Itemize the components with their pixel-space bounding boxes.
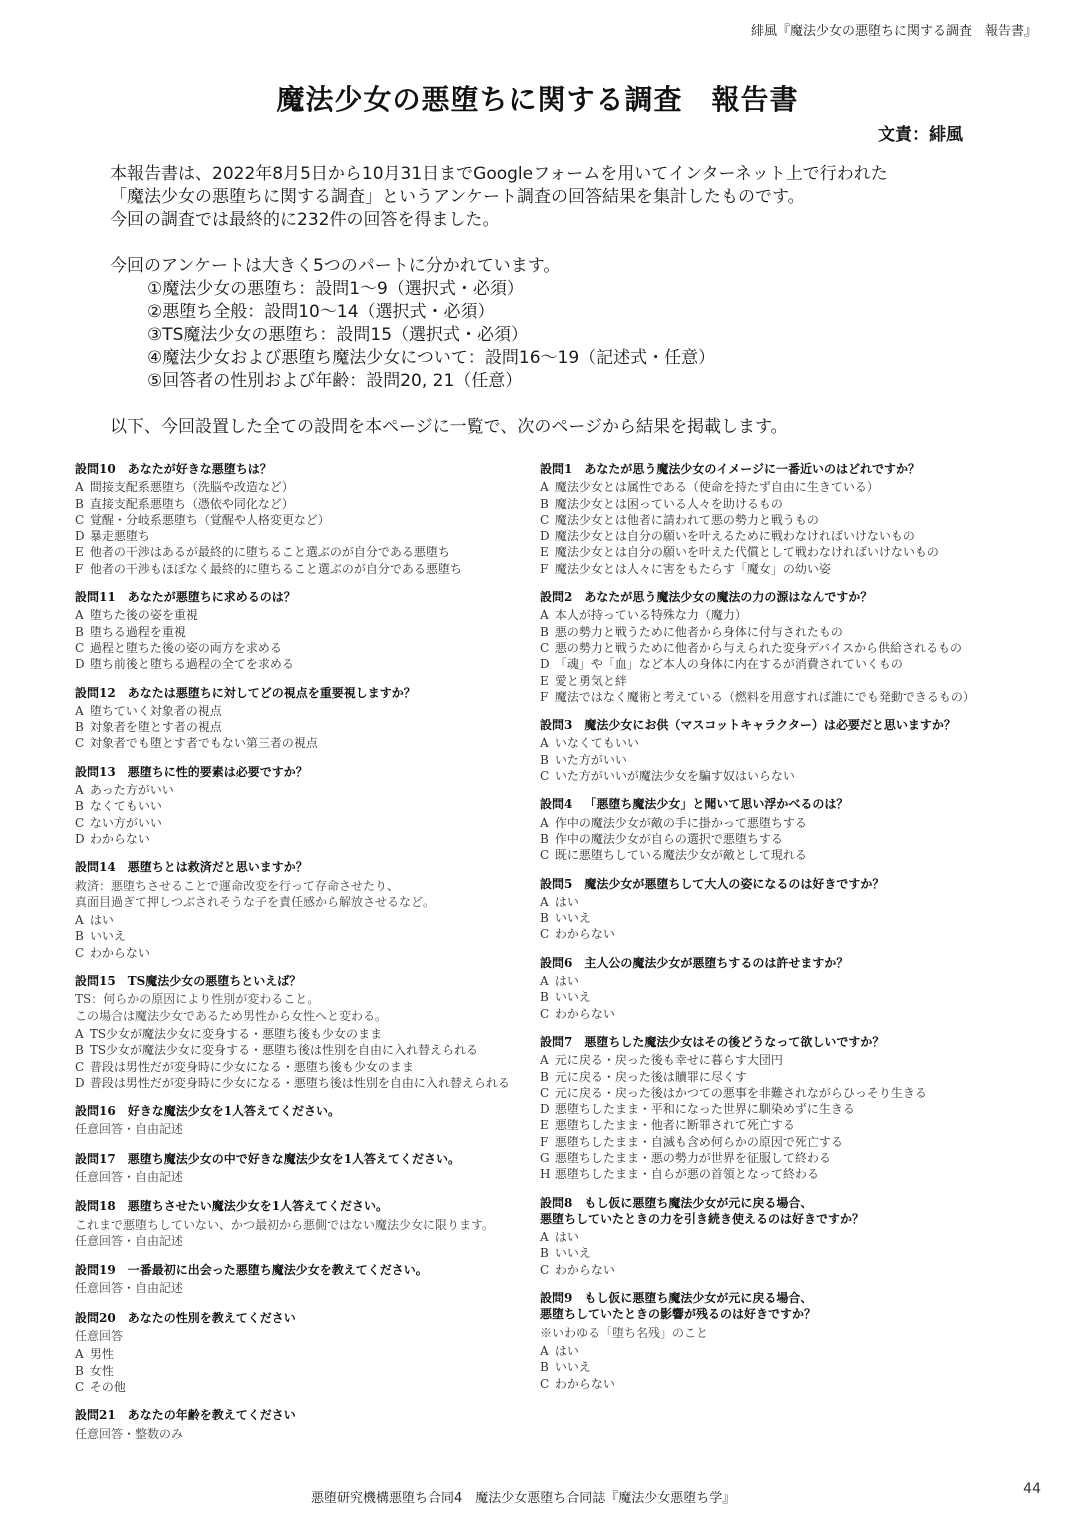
option-text: いいえ <box>555 990 591 1004</box>
option-list: A 間接支配系悪堕ち（洗脳や改造など）B 直接支配系悪堕ち（憑依や同化など）C … <box>75 479 535 577</box>
option-key: C <box>75 1379 86 1395</box>
question-text-continued: 悪堕ちしていたときの影響が残るのは好きですか？ <box>540 1306 1000 1322</box>
option-key: C <box>540 926 551 942</box>
option-key: F <box>540 1134 551 1150</box>
part-item: ④魔法少女および悪堕ち魔法少女について：設問16～19（記述式・任意） <box>110 347 990 370</box>
question-block: 設問19一番最初に出会った悪堕ち魔法少女を教えてください。任意回答・自由記述 <box>75 1262 535 1297</box>
option-key: D <box>540 528 551 544</box>
question-title: 設問21あなたの年齢を教えてください <box>75 1407 535 1423</box>
option-key: B <box>540 624 551 640</box>
intro-closing: 以下、今回設置した全ての設問を本ページに一覧で、次のページから結果を掲載します。 <box>110 416 990 439</box>
question-title: 設問14悪堕ちとは救済だと思いますか？ <box>75 859 535 875</box>
option-text: 悪堕ちしたまま・他者に断罪されて死亡する <box>555 1118 795 1132</box>
question-text: あなたが思う魔法少女の魔法の力の源はなんですか？ <box>584 590 872 604</box>
option-key: B <box>540 910 551 926</box>
question-title: 設問3魔法少女にお供（マスコットキャラクター）は必要だと思いますか？ <box>540 717 1000 733</box>
option-text: 魔法少女とは自分の願いを叶えた代償として戦わなければいけないもの <box>555 545 939 559</box>
option-text: 男性 <box>90 1347 114 1361</box>
option-key: A <box>540 607 551 623</box>
question-note: 任意回答 <box>75 1328 535 1344</box>
option-key: A <box>75 782 86 798</box>
option-key: A <box>75 1026 86 1042</box>
option-text: いいえ <box>555 911 591 925</box>
option-item: B 女性 <box>75 1363 535 1379</box>
option-key: A <box>75 479 86 495</box>
option-item: A はい <box>75 912 535 928</box>
option-text: その他 <box>90 1380 126 1394</box>
option-text: わからない <box>555 1263 615 1277</box>
option-list: A あった方がいいB なくてもいいC ない方がいいD わからない <box>75 782 535 847</box>
question-text: あなたが悪堕ちに求めるのは？ <box>128 590 296 604</box>
question-column-left: 設問10あなたが好きな悪堕ちは？A 間接支配系悪堕ち（洗脳や改造など）B 直接支… <box>75 461 535 1455</box>
intro-line: 今回の調査では最終的に232件の回答を得ました。 <box>110 209 990 232</box>
question-note: 真面目過ぎて押しつぶされそうな子を責任感から解放させるなど。 <box>75 894 535 910</box>
option-key: C <box>540 640 551 656</box>
question-number: 設問6 <box>540 956 572 970</box>
option-key: B <box>540 1069 551 1085</box>
option-item: C いた方がいいが魔法少女を騙す奴はいらない <box>540 768 1000 784</box>
question-note: この場合は魔法少女であるため男性から女性へと変わる。 <box>75 1008 535 1024</box>
option-text: 対象者を堕とす者の視点 <box>90 720 222 734</box>
option-text: あった方がいい <box>90 783 174 797</box>
question-text-continued: 悪堕ちしていたときの力を引き続き使えるのは好きですか？ <box>540 1211 1000 1227</box>
question-number: 設問1 <box>540 462 572 476</box>
question-text: 一番最初に出会った悪堕ち魔法少女を教えてください。 <box>128 1263 428 1277</box>
question-block: 設問7悪堕ちした魔法少女はその後どうなって欲しいですか？A 元に戻る・戻った後も… <box>540 1034 1000 1183</box>
question-block: 設問18悪堕ちさせたい魔法少女を1人答えてください。これまで悪堕ちしていない、か… <box>75 1198 535 1249</box>
option-text: はい <box>555 895 579 909</box>
option-text: いいえ <box>555 1246 591 1260</box>
option-list: A 堕ちていく対象者の視点B 対象者を堕とす者の視点C 対象者でも堕とす者でもな… <box>75 703 535 752</box>
option-item: B 堕ちる過程を重視 <box>75 624 535 640</box>
question-number: 設問12 <box>75 686 116 700</box>
option-text: わからない <box>90 946 150 960</box>
question-number: 設問4 <box>540 797 572 811</box>
option-key: G <box>540 1150 551 1166</box>
option-text: 堕ちた後の姿を重視 <box>90 608 198 622</box>
question-column-right: 設問1あなたが思う魔法少女のイメージに一番近いのはどれですか？A 魔法少女とは属… <box>540 461 1000 1404</box>
question-title: 設問8もし仮に悪堕ち魔法少女が元に戻る場合、 <box>540 1195 1000 1211</box>
option-list: A はいB いいえC わからない <box>540 1343 1000 1392</box>
option-key: B <box>540 752 551 768</box>
option-item: G 悪堕ちしたまま・悪の勢力が世界を征服して終わる <box>540 1150 1000 1166</box>
option-key: B <box>540 1359 551 1375</box>
option-item: C わからない <box>540 1376 1000 1392</box>
question-title: 設問12あなたは悪堕ちに対してどの視点を重要視しますか？ <box>75 685 535 701</box>
option-text: わからない <box>555 927 615 941</box>
question-block: 設問13悪堕ちに性的要素は必要ですか？A あった方がいいB なくてもいいC ない… <box>75 764 535 847</box>
question-block: 設問5魔法少女が悪堕ちして大人の姿になるのは好きですか？A はいB いいえC わ… <box>540 876 1000 943</box>
option-item: C 普段は男性だが変身時に少女になる・悪堕ち後も少女のまま <box>75 1059 535 1075</box>
parts-lead: 今回のアンケートは大きく5つのパートに分かれています。 <box>110 255 990 278</box>
option-key: B <box>75 1042 86 1058</box>
option-item: A 作中の魔法少女が敵の手に掛かって悪堕ちする <box>540 815 1000 831</box>
option-list: A はいB いいえC わからない <box>540 1229 1000 1278</box>
question-block: 設問9もし仮に悪堕ち魔法少女が元に戻る場合、悪堕ちしていたときの影響が残るのは好… <box>540 1290 1000 1392</box>
option-item: F 魔法少女とは人々に害をもたらす「魔女」の幼い姿 <box>540 561 1000 577</box>
option-text: 元に戻る・戻った後は贖罪に尽くす <box>555 1070 747 1084</box>
question-title: 設問19一番最初に出会った悪堕ち魔法少女を教えてください。 <box>75 1262 535 1278</box>
question-number: 設問16 <box>75 1104 116 1118</box>
option-text: 直接支配系悪堕ち（憑依や同化など） <box>90 497 294 511</box>
option-item: E 悪堕ちしたまま・他者に断罪されて死亡する <box>540 1117 1000 1133</box>
option-key: D <box>75 831 86 847</box>
option-text: 作中の魔法少女が敵の手に掛かって悪堕ちする <box>555 816 807 830</box>
option-item: B なくてもいい <box>75 798 535 814</box>
intro-section: 本報告書は、2022年8月5日から10月31日までGoogleフォームを用いてイ… <box>110 163 990 439</box>
question-note: 任意回答・自由記述 <box>75 1280 535 1296</box>
option-text: 魔法少女とは自分の願いを叶えるために戦わなければいけないもの <box>555 529 915 543</box>
option-item: A 魔法少女とは属性である（使命を持たず自由に生きている） <box>540 479 1000 495</box>
option-key: B <box>540 831 551 847</box>
option-text: 魔法少女とは属性である（使命を持たず自由に生きている） <box>555 480 879 494</box>
part-item: ①魔法少女の悪堕ち：設問1～9（選択式・必須） <box>110 278 990 301</box>
option-text: 過程と堕ちた後の姿の両方を求める <box>90 641 282 655</box>
option-text: 堕ちる過程を重視 <box>90 625 186 639</box>
question-number: 設問7 <box>540 1035 572 1049</box>
option-item: A 元に戻る・戻った後も幸せに暮らす大団円 <box>540 1052 1000 1068</box>
question-number: 設問9 <box>540 1291 572 1305</box>
question-number: 設問19 <box>75 1263 116 1277</box>
option-item: C 既に悪堕ちしている魔法少女が敵として現れる <box>540 847 1000 863</box>
option-key: C <box>540 1376 551 1392</box>
option-key: A <box>540 973 551 989</box>
option-key: C <box>540 768 551 784</box>
option-key: E <box>540 673 551 689</box>
running-header: 緋風『魔法少女の悪堕ちに関する調査 報告書』 <box>751 20 1037 39</box>
option-key: D <box>75 528 86 544</box>
option-text: 女性 <box>90 1364 114 1378</box>
option-item: E 他者の干渉はあるが最終的に堕ちること選ぶのが自分である悪堕ち <box>75 544 535 560</box>
question-text: あなたの年齢を教えてください <box>128 1408 296 1422</box>
intro-line: 「魔法少女の悪堕ちに関する調査」というアンケート調査の回答結果を集計したものです… <box>110 186 990 209</box>
option-text: 魔法ではなく魔術と考えている（燃料を用意すれば誰にでも発動できるもの） <box>555 690 975 704</box>
option-item: B TS少女が魔法少女に変身する・悪堕ち後は性別を自由に入れ替えられる <box>75 1042 535 1058</box>
question-note: これまで悪堕ちしていない、かつ最初から悪側ではない魔法少女に限ります。 <box>75 1217 535 1233</box>
option-item: C 過程と堕ちた後の姿の両方を求める <box>75 640 535 656</box>
part-item: ②悪堕ち全般：設問10～14（選択式・必須） <box>110 301 990 324</box>
option-text: わからない <box>555 1377 615 1391</box>
option-item: A TS少女が魔法少女に変身する・悪堕ち後も少女のまま <box>75 1026 535 1042</box>
option-text: いいえ <box>555 1360 591 1374</box>
question-block: 設問17悪堕ち魔法少女の中で好きな魔法少女を1人答えてください。任意回答・自由記… <box>75 1151 535 1186</box>
option-item: C 悪の勢力と戦うために他者から与えられた変身デバイスから供給されるもの <box>540 640 1000 656</box>
question-text: 悪堕ちした魔法少女はその後どうなって欲しいですか？ <box>584 1035 884 1049</box>
option-item: B いいえ <box>75 928 535 944</box>
option-item: B 魔法少女とは困っている人々を助けるもの <box>540 496 1000 512</box>
option-key: D <box>540 1101 551 1117</box>
option-key: D <box>75 656 86 672</box>
option-list: A 男性B 女性C その他 <box>75 1346 535 1395</box>
question-text: 好きな魔法少女を1人答えてください。 <box>128 1104 340 1118</box>
option-list: A 作中の魔法少女が敵の手に掛かって悪堕ちするB 作中の魔法少女が自らの選択で悪… <box>540 815 1000 864</box>
option-key: B <box>75 719 86 735</box>
option-key: A <box>540 1052 551 1068</box>
option-item: D 普段は男性だが変身時に少女になる・悪堕ち後は性別を自由に入れ替えられる <box>75 1075 535 1091</box>
option-item: D わからない <box>75 831 535 847</box>
question-title: 設問18悪堕ちさせたい魔法少女を1人答えてください。 <box>75 1198 535 1214</box>
option-item: A いなくてもいい <box>540 735 1000 751</box>
question-block: 設問6主人公の魔法少女が悪堕ちするのは許せますか？A はいB いいえC わからな… <box>540 955 1000 1022</box>
option-list: A いなくてもいいB いた方がいいC いた方がいいが魔法少女を騙す奴はいらない <box>540 735 1000 784</box>
option-text: わからない <box>555 1007 615 1021</box>
option-key: F <box>75 561 86 577</box>
option-item: D 堕ち前後と堕ちる過程の全てを求める <box>75 656 535 672</box>
option-item: A 間接支配系悪堕ち（洗脳や改造など） <box>75 479 535 495</box>
option-text: TS少女が魔法少女に変身する・悪堕ち後は性別を自由に入れ替えられる <box>90 1043 478 1057</box>
option-key: A <box>540 815 551 831</box>
option-item: H 悪堕ちしたまま・自らが悪の首領となって終わる <box>540 1166 1000 1182</box>
option-key: B <box>75 798 86 814</box>
question-note: 任意回答・自由記述 <box>75 1169 535 1185</box>
option-item: B いいえ <box>540 1245 1000 1261</box>
option-item: A 堕ちた後の姿を重視 <box>75 607 535 623</box>
question-block: 設問3魔法少女にお供（マスコットキャラクター）は必要だと思いますか？A いなくて… <box>540 717 1000 784</box>
option-list: A 魔法少女とは属性である（使命を持たず自由に生きている）B 魔法少女とは困って… <box>540 479 1000 577</box>
question-text: もし仮に悪堕ち魔法少女が元に戻る場合、 <box>584 1196 812 1210</box>
option-key: C <box>75 1059 86 1075</box>
option-text: 愛と勇気と絆 <box>555 674 627 688</box>
question-title: 設問20あなたの性別を教えてください <box>75 1310 535 1326</box>
option-list: A はいB いいえC わからない <box>75 912 535 961</box>
question-block: 設問11あなたが悪堕ちに求めるのは？A 堕ちた後の姿を重視B 堕ちる過程を重視C… <box>75 589 535 672</box>
question-block: 設問21あなたの年齢を教えてください任意回答・整数のみ <box>75 1407 535 1442</box>
option-text: 元に戻る・戻った後はかつての悪事を非難されながらひっそり生きる <box>555 1086 927 1100</box>
option-text: 「魂」や「血」など本人の身体に内在するが消費されていくもの <box>555 657 903 671</box>
question-text: 悪堕ち魔法少女の中で好きな魔法少女を1人答えてください。 <box>128 1152 460 1166</box>
question-number: 設問8 <box>540 1196 572 1210</box>
option-text: 魔法少女とは他者に請われて悪の勢力と戦うもの <box>555 513 819 527</box>
page-number: 44 <box>1023 1481 1041 1497</box>
question-number: 設問5 <box>540 877 572 891</box>
option-text: 悪堕ちしたまま・平和になった世界に馴染めずに生きる <box>555 1102 855 1116</box>
option-item: B いた方がいい <box>540 752 1000 768</box>
option-key: C <box>75 640 86 656</box>
option-item: F 他者の干渉もほぼなく最終的に堕ちること選ぶのが自分である悪堕ち <box>75 561 535 577</box>
option-key: B <box>75 1363 86 1379</box>
option-key: E <box>540 1117 551 1133</box>
option-list: A 元に戻る・戻った後も幸せに暮らす大団円B 元に戻る・戻った後は贖罪に尽くすC… <box>540 1052 1000 1182</box>
option-item: C わからない <box>540 926 1000 942</box>
option-list: A 堕ちた後の姿を重視B 堕ちる過程を重視C 過程と堕ちた後の姿の両方を求めるD… <box>75 607 535 672</box>
intro-line: 本報告書は、2022年8月5日から10月31日までGoogleフォームを用いてイ… <box>110 163 990 186</box>
question-text: TS魔法少女の悪堕ちといえば？ <box>128 974 302 988</box>
question-text: あなたが好きな悪堕ちは？ <box>128 462 272 476</box>
option-item: C わからない <box>75 945 535 961</box>
option-item: B 悪の勢力と戦うために他者から身体に付与されたもの <box>540 624 1000 640</box>
option-item: B 元に戻る・戻った後は贖罪に尽くす <box>540 1069 1000 1085</box>
question-title: 設問7悪堕ちした魔法少女はその後どうなって欲しいですか？ <box>540 1034 1000 1050</box>
option-text: 普段は男性だが変身時に少女になる・悪堕ち後も少女のまま <box>90 1060 414 1074</box>
option-item: E 魔法少女とは自分の願いを叶えた代償として戦わなければいけないもの <box>540 544 1000 560</box>
question-text: あなたは悪堕ちに対してどの視点を重要視しますか？ <box>128 686 416 700</box>
question-title: 設問2あなたが思う魔法少女の魔法の力の源はなんですか？ <box>540 589 1000 605</box>
question-text: もし仮に悪堕ち魔法少女が元に戻る場合、 <box>584 1291 812 1305</box>
page-footer: 悪堕研究機構悪堕ち合同4 魔法少女悪堕ち合同誌『魔法少女悪堕ち学』 <box>311 1487 735 1506</box>
option-text: 間接支配系悪堕ち（洗脳や改造など） <box>90 480 294 494</box>
question-number: 設問13 <box>75 765 116 779</box>
question-number: 設問11 <box>75 590 116 604</box>
option-item: A 本人が持っている特殊な力（魔力） <box>540 607 1000 623</box>
byline: 文責：緋風 <box>878 120 963 145</box>
option-key: A <box>540 735 551 751</box>
option-text: 悪堕ちしたまま・悪の勢力が世界を征服して終わる <box>555 1151 831 1165</box>
question-block: 設問10あなたが好きな悪堕ちは？A 間接支配系悪堕ち（洗脳や改造など）B 直接支… <box>75 461 535 577</box>
option-item: A 男性 <box>75 1346 535 1362</box>
option-item: D 「魂」や「血」など本人の身体に内在するが消費されていくもの <box>540 656 1000 672</box>
question-title: 設問4「悪堕ち魔法少女」と聞いて思い浮かべるのは？ <box>540 796 1000 812</box>
option-text: なくてもいい <box>90 799 162 813</box>
option-key: C <box>540 512 551 528</box>
question-text: あなたの性別を教えてください <box>128 1311 296 1325</box>
part-item: ⑤回答者の性別および年齢：設問20, 21（任意） <box>110 370 990 393</box>
question-text: 悪堕ちに性的要素は必要ですか？ <box>128 765 308 779</box>
question-title: 設問1あなたが思う魔法少女のイメージに一番近いのはどれですか？ <box>540 461 1000 477</box>
option-item: A 堕ちていく対象者の視点 <box>75 703 535 719</box>
option-key: B <box>540 989 551 1005</box>
question-note: 任意回答・整数のみ <box>75 1426 535 1442</box>
part-item: ③TS魔法少女の悪堕ち：設問15（選択式・必須） <box>110 324 990 347</box>
option-key: B <box>75 496 86 512</box>
option-item: C わからない <box>540 1262 1000 1278</box>
option-list: A はいB いいえC わからない <box>540 894 1000 943</box>
option-list: A はいB いいえC わからない <box>540 973 1000 1022</box>
option-key: B <box>540 1245 551 1261</box>
question-text: 主人公の魔法少女が悪堕ちするのは許せますか？ <box>584 956 848 970</box>
option-item: B いいえ <box>540 989 1000 1005</box>
option-list: A 本人が持っている特殊な力（魔力）B 悪の勢力と戦うために他者から身体に付与さ… <box>540 607 1000 705</box>
option-item: C 覚醒・分岐系悪堕ち（覚醒や人格変更など） <box>75 512 535 528</box>
option-key: C <box>540 1085 551 1101</box>
option-key: A <box>540 479 551 495</box>
option-key: F <box>540 689 551 705</box>
option-key: A <box>75 703 86 719</box>
option-key: C <box>540 1262 551 1278</box>
option-text: いた方がいい <box>555 753 627 767</box>
option-key: B <box>75 624 86 640</box>
question-block: 設問20あなたの性別を教えてください任意回答A 男性B 女性C その他 <box>75 1310 535 1395</box>
question-title: 設問16好きな魔法少女を1人答えてください。 <box>75 1103 535 1119</box>
option-text: はい <box>555 1344 579 1358</box>
question-title: 設問13悪堕ちに性的要素は必要ですか？ <box>75 764 535 780</box>
option-item: B 直接支配系悪堕ち（憑依や同化など） <box>75 496 535 512</box>
option-text: 悪堕ちしたまま・自滅も含め何らかの原因で死亡する <box>555 1135 843 1149</box>
option-text: 堕ち前後と堕ちる過程の全てを求める <box>90 657 294 671</box>
question-block: 設問14悪堕ちとは救済だと思いますか？救済：悪堕ちさせることで運命改変を行って存… <box>75 859 535 961</box>
question-number: 設問15 <box>75 974 116 988</box>
option-item: C ない方がいい <box>75 815 535 831</box>
option-item: C その他 <box>75 1379 535 1395</box>
option-key: C <box>540 847 551 863</box>
option-key: B <box>540 496 551 512</box>
option-item: E 愛と勇気と絆 <box>540 673 1000 689</box>
option-text: 元に戻る・戻った後も幸せに暮らす大団円 <box>555 1053 783 1067</box>
question-title: 設問10あなたが好きな悪堕ちは？ <box>75 461 535 477</box>
option-key: A <box>540 1229 551 1245</box>
option-text: TS少女が魔法少女に変身する・悪堕ち後も少女のまま <box>90 1027 382 1041</box>
option-text: はい <box>555 974 579 988</box>
option-text: 覚醒・分岐系悪堕ち（覚醒や人格変更など） <box>90 513 330 527</box>
option-key: A <box>75 1346 86 1362</box>
option-item: B いいえ <box>540 910 1000 926</box>
question-number: 設問21 <box>75 1408 116 1422</box>
option-list: A TS少女が魔法少女に変身する・悪堕ち後も少女のままB TS少女が魔法少女に変… <box>75 1026 535 1091</box>
option-text: いいえ <box>90 929 126 943</box>
question-note: 任意回答・自由記述 <box>75 1233 535 1249</box>
question-text: あなたが思う魔法少女のイメージに一番近いのはどれですか？ <box>584 462 920 476</box>
option-key: C <box>75 815 86 831</box>
question-block: 設問2あなたが思う魔法少女の魔法の力の源はなんですか？A 本人が持っている特殊な… <box>540 589 1000 705</box>
option-text: 既に悪堕ちしている魔法少女が敵として現れる <box>555 848 807 862</box>
question-title: 設問9もし仮に悪堕ち魔法少女が元に戻る場合、 <box>540 1290 1000 1306</box>
option-item: D 暴走悪堕ち <box>75 528 535 544</box>
option-text: ない方がいい <box>90 816 162 830</box>
question-text: 悪堕ちとは救済だと思いますか？ <box>128 860 308 874</box>
option-item: C 元に戻る・戻った後はかつての悪事を非難されながらひっそり生きる <box>540 1085 1000 1101</box>
question-note: TS：何らかの原因により性別が変わること。 <box>75 991 535 1007</box>
option-item: B いいえ <box>540 1359 1000 1375</box>
question-number: 設問18 <box>75 1199 116 1213</box>
option-text: 対象者でも堕とす者でもない第三者の視点 <box>90 736 318 750</box>
question-number: 設問10 <box>75 462 116 476</box>
question-note: 救済：悪堕ちさせることで運命改変を行って存命させたり、 <box>75 878 535 894</box>
option-item: A はい <box>540 894 1000 910</box>
option-text: いなくてもいい <box>555 736 639 750</box>
option-text: 他者の干渉はあるが最終的に堕ちること選ぶのが自分である悪堕ち <box>90 545 450 559</box>
option-item: F 悪堕ちしたまま・自滅も含め何らかの原因で死亡する <box>540 1134 1000 1150</box>
option-item: A はい <box>540 973 1000 989</box>
question-title: 設問11あなたが悪堕ちに求めるのは？ <box>75 589 535 605</box>
option-text: わからない <box>90 832 150 846</box>
option-text: 他者の干渉もほぼなく最終的に堕ちること選ぶのが自分である悪堕ち <box>90 562 462 576</box>
option-text: 堕ちていく対象者の視点 <box>90 704 222 718</box>
option-text: 悪堕ちしたまま・自らが悪の首領となって終わる <box>555 1167 819 1181</box>
option-key: E <box>75 544 86 560</box>
option-key: B <box>75 928 86 944</box>
option-key: C <box>75 945 86 961</box>
option-item: A あった方がいい <box>75 782 535 798</box>
question-number: 設問20 <box>75 1311 116 1325</box>
option-item: C 対象者でも堕とす者でもない第三者の視点 <box>75 735 535 751</box>
option-text: 本人が持っている特殊な力（魔力） <box>555 608 747 622</box>
option-key: F <box>540 561 551 577</box>
option-text: はい <box>555 1230 579 1244</box>
question-number: 設問17 <box>75 1152 116 1166</box>
question-block: 設問15TS魔法少女の悪堕ちといえば？TS：何らかの原因により性別が変わること。… <box>75 973 535 1091</box>
question-number: 設問14 <box>75 860 116 874</box>
question-number: 設問2 <box>540 590 572 604</box>
question-text: 魔法少女にお供（マスコットキャラクター）は必要だと思いますか？ <box>584 718 956 732</box>
option-text: はい <box>90 913 114 927</box>
question-title: 設問17悪堕ち魔法少女の中で好きな魔法少女を1人答えてください。 <box>75 1151 535 1167</box>
option-key: A <box>75 912 86 928</box>
option-item: C 魔法少女とは他者に請われて悪の勢力と戦うもの <box>540 512 1000 528</box>
option-key: C <box>75 512 86 528</box>
question-text: 魔法少女が悪堕ちして大人の姿になるのは好きですか？ <box>584 877 884 891</box>
option-text: 悪の勢力と戦うために他者から与えられた変身デバイスから供給されるもの <box>555 641 962 655</box>
question-block: 設問16好きな魔法少女を1人答えてください。任意回答・自由記述 <box>75 1103 535 1138</box>
question-note: 任意回答・自由記述 <box>75 1121 535 1137</box>
question-block: 設問4「悪堕ち魔法少女」と聞いて思い浮かべるのは？A 作中の魔法少女が敵の手に掛… <box>540 796 1000 863</box>
option-text: 悪の勢力と戦うために他者から身体に付与されたもの <box>555 625 843 639</box>
question-block: 設問8もし仮に悪堕ち魔法少女が元に戻る場合、悪堕ちしていたときの力を引き続き使え… <box>540 1195 1000 1278</box>
question-note: ※いわゆる「堕ち名残」のこと <box>540 1325 1000 1341</box>
option-item: F 魔法ではなく魔術と考えている（燃料を用意すれば誰にでも発動できるもの） <box>540 689 1000 705</box>
option-item: A はい <box>540 1343 1000 1359</box>
option-text: 作中の魔法少女が自らの選択で悪堕ちする <box>555 832 783 846</box>
question-text: 「悪堕ち魔法少女」と聞いて思い浮かべるのは？ <box>584 797 848 811</box>
option-item: B 対象者を堕とす者の視点 <box>75 719 535 735</box>
